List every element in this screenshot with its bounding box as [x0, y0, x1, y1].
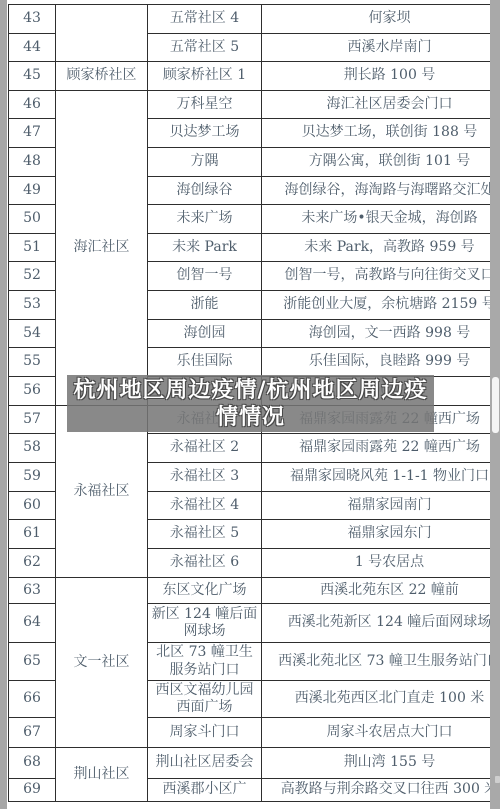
- address-cell: 西溪水岸南门: [262, 34, 500, 62]
- scrollbar-grip-icon: [495, 776, 500, 783]
- site-cell: 创智一号: [148, 262, 262, 291]
- site-cell: 永福社区 2: [148, 434, 262, 463]
- address-cell: 海汇社区居委会门口: [262, 91, 500, 119]
- watermark-overlay: 杭州地区周边疫情/杭州地区周边疫 情情况: [67, 375, 434, 432]
- address-cell: 方隅公寓，联创街 101 号: [262, 148, 500, 177]
- community-cell: 顾家桥社区: [56, 62, 148, 91]
- row-number-cell: 51: [9, 234, 56, 262]
- address-cell: 福鼎家园雨露苑 22 幢西广场: [262, 434, 500, 463]
- site-cell: 荆山社区居委会: [148, 748, 262, 779]
- address-cell: 未来广场•银天金城，海创路: [262, 205, 500, 234]
- site-cell: 五常社区 5: [148, 34, 262, 62]
- address-cell: 乐佳国际，良睦路 999 号: [262, 348, 500, 377]
- row-number-cell: 49: [9, 177, 56, 205]
- row-number-cell: 43: [9, 5, 56, 34]
- row-number-cell: 44: [9, 34, 56, 62]
- row-number-cell: 63: [9, 578, 56, 604]
- address-cell: 何家坝: [262, 5, 500, 34]
- site-cell: 永福社区 6: [148, 549, 262, 578]
- row-number-cell: 61: [9, 520, 56, 549]
- site-cell: 浙能: [148, 291, 262, 320]
- row-number-cell: 66: [9, 681, 56, 718]
- address-cell: 高教路与荆余路交叉口往西 300 米: [262, 779, 500, 802]
- table-row: 43五常社区 4何家坝: [9, 5, 500, 34]
- scrollbar-track[interactable]: [490, 0, 500, 809]
- row-number-cell: 69: [9, 779, 56, 802]
- site-cell: 乐佳国际: [148, 348, 262, 377]
- site-cell: 未来广场: [148, 205, 262, 234]
- site-cell: 西区文福幼儿园西面广场: [148, 681, 262, 718]
- page: { "watermark": { "line1": "杭州地区周边疫情/杭州地区…: [0, 0, 500, 809]
- row-number-cell: 55: [9, 348, 56, 377]
- site-cell: 未来 Park: [148, 234, 262, 262]
- address-cell: 海创绿谷，海淘路与海曙路交汇处: [262, 177, 500, 205]
- row-number-cell: 53: [9, 291, 56, 320]
- address-cell: 创智一号，高教路与向往街交叉口: [262, 262, 500, 291]
- watermark-line-2: 情情况: [216, 404, 285, 431]
- row-number-cell: 52: [9, 262, 56, 291]
- site-cell: 海创园: [148, 320, 262, 348]
- site-cell: 万科星空: [148, 91, 262, 119]
- address-cell: 周家斗农居点大门口: [262, 718, 500, 748]
- address-cell: 福鼎家园南门: [262, 492, 500, 520]
- row-number-cell: 67: [9, 718, 56, 748]
- site-cell: 贝达梦工场: [148, 119, 262, 148]
- address-cell: 贝达梦工场，联创街 188 号: [262, 119, 500, 148]
- site-cell: 西溪郡小区广: [148, 779, 262, 802]
- table-row: 45顾家桥社区顾家桥社区 1荆长路 100 号: [9, 62, 500, 91]
- site-cell: 顾家桥社区 1: [148, 62, 262, 91]
- site-cell: 永福社区 3: [148, 463, 262, 492]
- address-cell: 福鼎家园东门: [262, 520, 500, 549]
- page-frame-left: [0, 0, 7, 809]
- site-cell: 永福社区 4: [148, 492, 262, 520]
- row-number-cell: 46: [9, 91, 56, 119]
- site-cell: 方隅: [148, 148, 262, 177]
- community-cell: 荆山社区: [56, 748, 148, 802]
- row-number-cell: 47: [9, 119, 56, 148]
- scrollbar-thumb[interactable]: [492, 377, 499, 433]
- address-cell: 未来 Park，高教路 959 号: [262, 234, 500, 262]
- site-cell: 北区 73 幢卫生服务站门口: [148, 643, 262, 681]
- address-cell: 浙能创业大厦，余杭塘路 2159 号: [262, 291, 500, 320]
- address-cell: 1 号农居点: [262, 549, 500, 578]
- table-row: 63文一社区东区文化广场西溪北苑东区 22 幢前: [9, 578, 500, 604]
- site-cell: 东区文化广场: [148, 578, 262, 604]
- address-cell: 西溪北苑东区 22 幢前: [262, 578, 500, 604]
- table-row: 46海汇社区万科星空海汇社区居委会门口: [9, 91, 500, 119]
- row-number-cell: 45: [9, 62, 56, 91]
- site-cell: 五常社区 4: [148, 5, 262, 34]
- address-cell: 荆长路 100 号: [262, 62, 500, 91]
- row-number-cell: 50: [9, 205, 56, 234]
- address-cell: 荆山湾 155 号: [262, 748, 500, 779]
- row-number-cell: 48: [9, 148, 56, 177]
- site-cell: 新区 124 幢后面网球场: [148, 604, 262, 643]
- row-number-cell: 62: [9, 549, 56, 578]
- table-row: 68荆山社区荆山社区居委会荆山湾 155 号: [9, 748, 500, 779]
- address-cell: 福鼎家园晓风苑 1-1-1 物业门口: [262, 463, 500, 492]
- row-number-cell: 64: [9, 604, 56, 643]
- row-number-cell: 59: [9, 463, 56, 492]
- address-cell: 西溪北苑新区 124 幢后面网球场: [262, 604, 500, 643]
- row-number-cell: 58: [9, 434, 56, 463]
- community-cell: 海汇社区: [56, 91, 148, 406]
- row-number-cell: 68: [9, 748, 56, 779]
- address-cell: 西溪北苑西区北门直走 100 米: [262, 681, 500, 718]
- site-cell: 海创绿谷: [148, 177, 262, 205]
- row-number-cell: 60: [9, 492, 56, 520]
- row-number-cell: 65: [9, 643, 56, 681]
- address-cell: 西溪北苑北区 73 幢卫生服务站门口: [262, 643, 500, 681]
- address-cell: 海创园，文一西路 998 号: [262, 320, 500, 348]
- watermark-line-1: 杭州地区周边疫情/杭州地区周边疫: [73, 377, 427, 404]
- site-cell: 永福社区 5: [148, 520, 262, 549]
- community-cell: [56, 5, 148, 62]
- row-number-cell: 54: [9, 320, 56, 348]
- site-cell: 周家斗门口: [148, 718, 262, 748]
- row-number-cell: 56: [9, 377, 56, 406]
- community-cell: 文一社区: [56, 578, 148, 748]
- row-number-cell: 57: [9, 406, 56, 434]
